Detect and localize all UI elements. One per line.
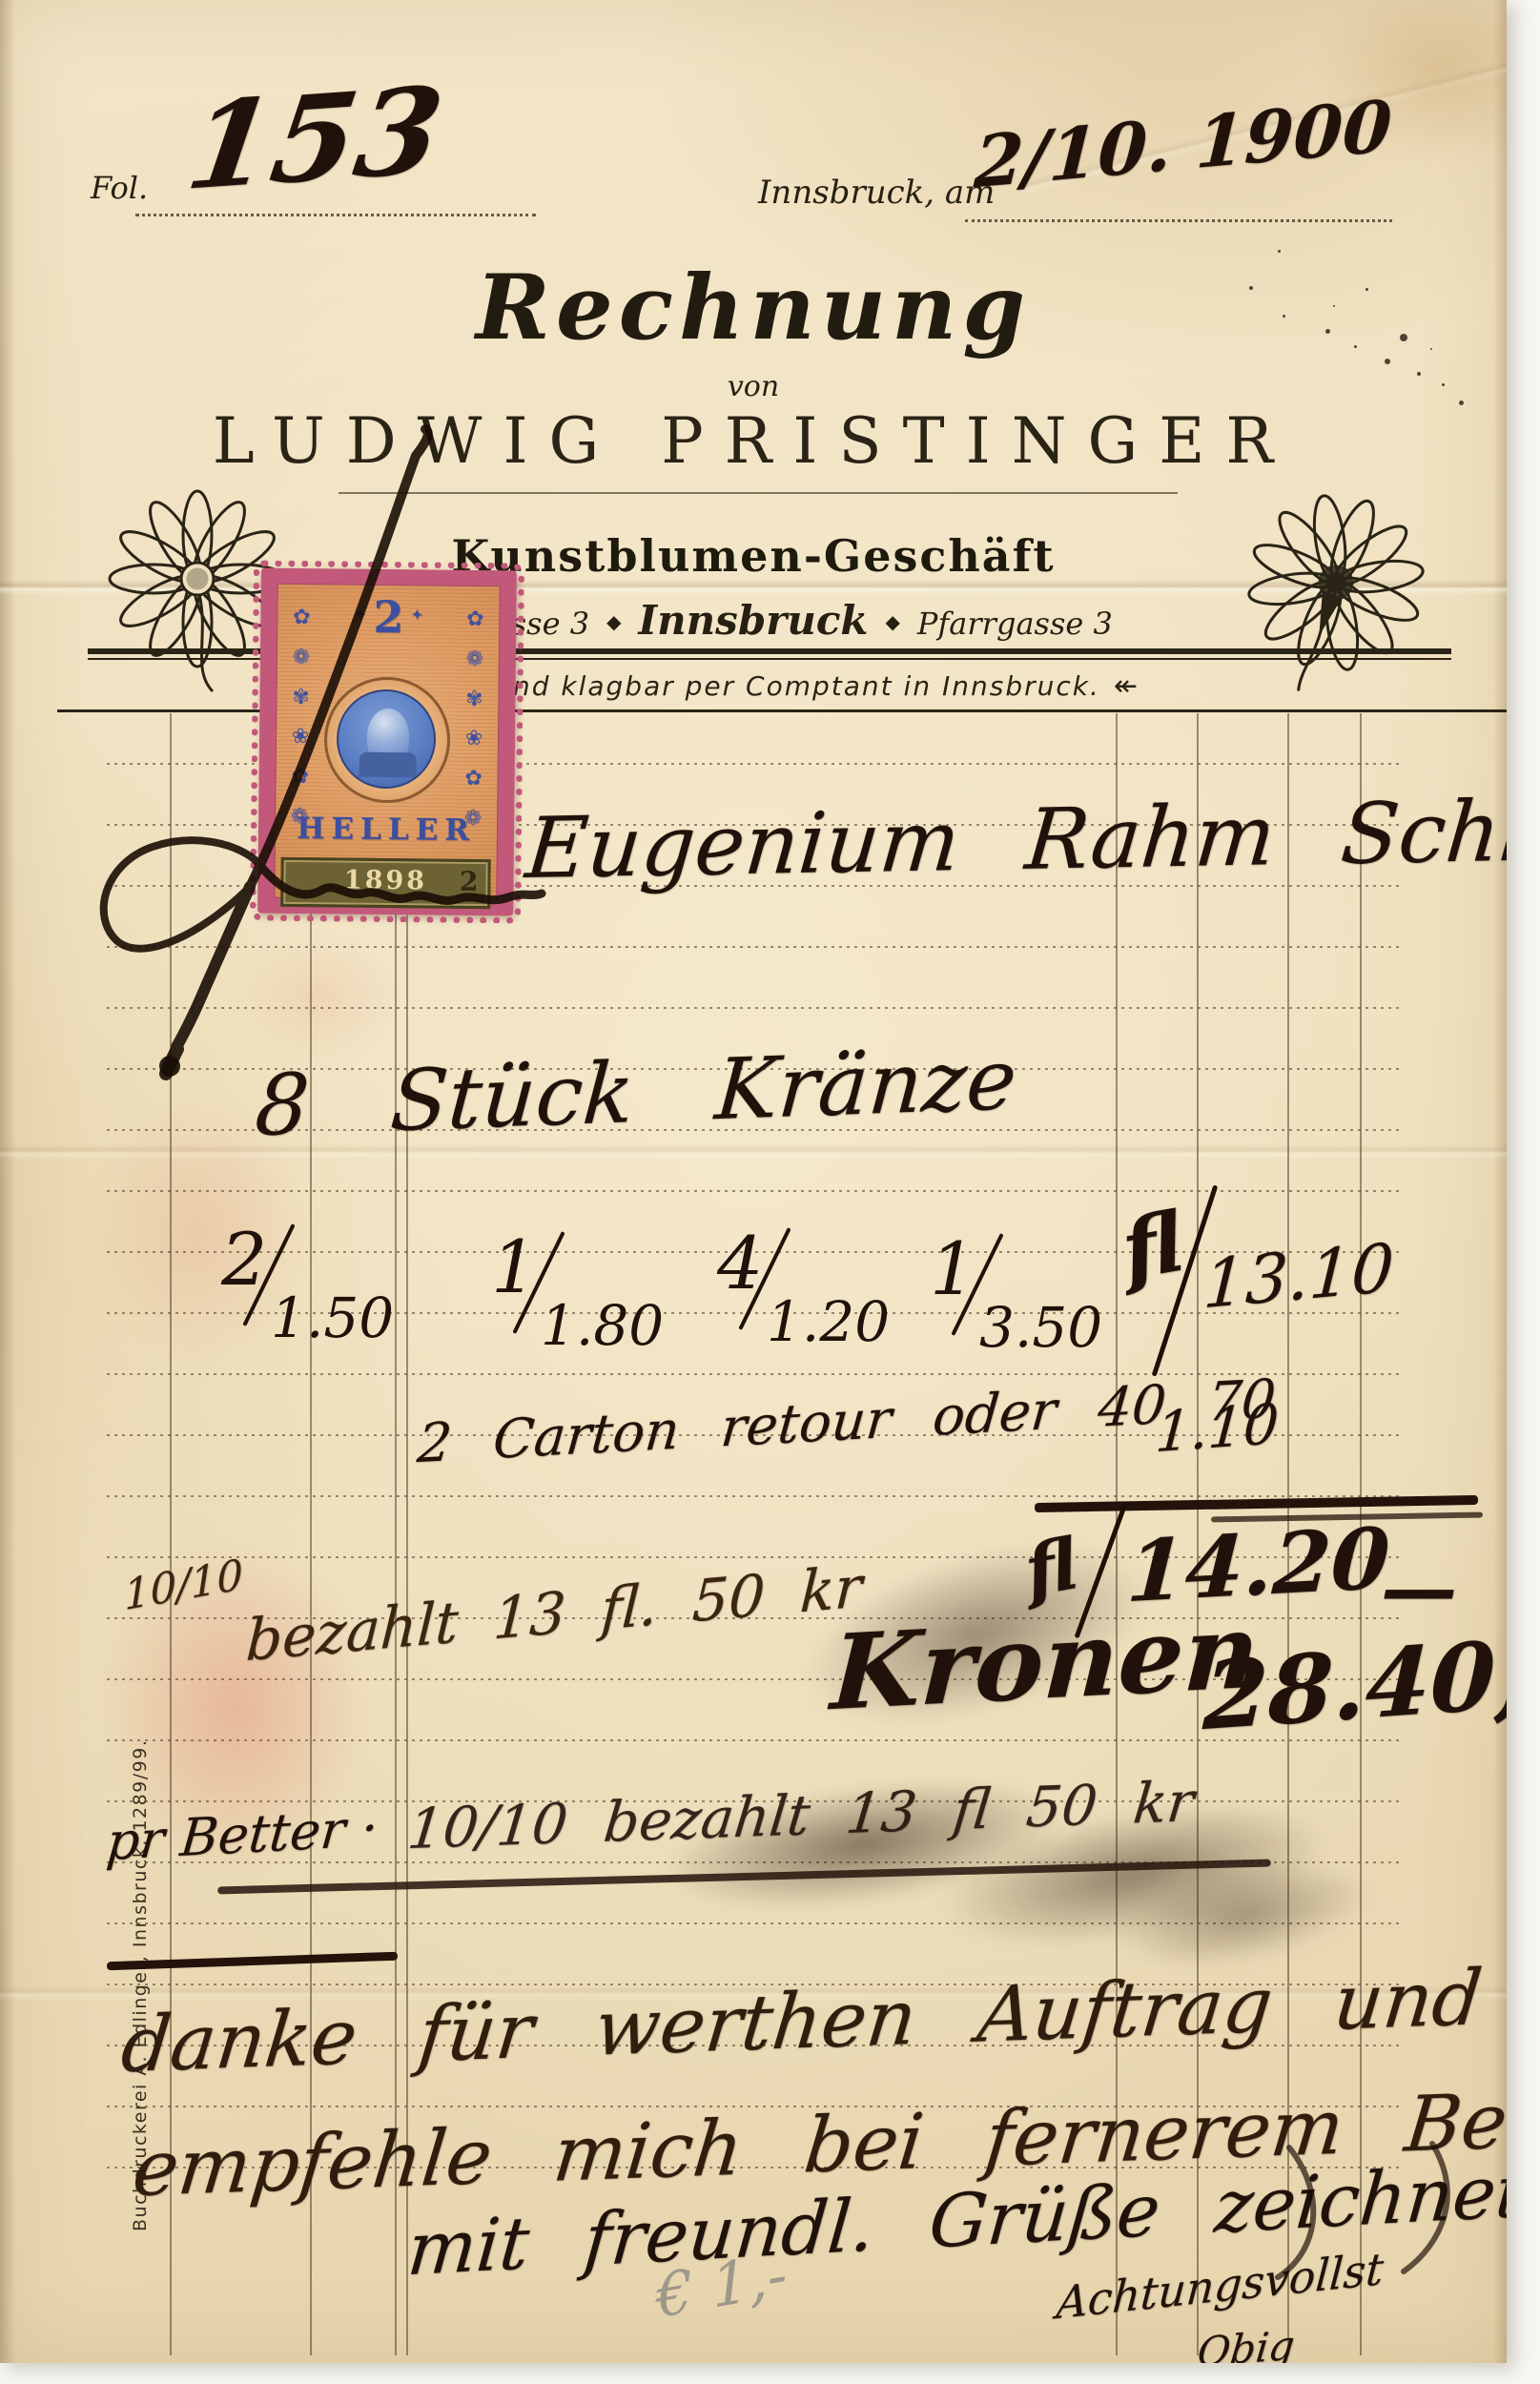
- item-description: 8 Stück Kränze: [252, 1030, 1019, 1155]
- ledger-dotted-line: [107, 1495, 1404, 1497]
- stamp-unit: HELLER: [276, 812, 497, 848]
- signoff: Achtungsvollst: [1055, 2243, 1386, 2330]
- stamp-bottom-band: 1898 2: [280, 857, 491, 909]
- grand-total-number: 28.40: [1201, 1621, 1497, 1752]
- ledger-dotted-line: [107, 1007, 1404, 1009]
- second-line-text: 2 Carton retour oder 40 70: [415, 1368, 1278, 1476]
- unit-price-2: 1 1.80: [491, 1230, 682, 1383]
- price: 1.80: [541, 1293, 664, 1358]
- subtotal-overline: [1035, 1495, 1478, 1512]
- folio-number-handwritten: 153: [179, 61, 451, 217]
- ledger-dotted-line: [107, 1190, 1404, 1192]
- pink-offset-stain: [238, 935, 400, 1058]
- date-handwritten: 2/10. 1900: [973, 85, 1394, 204]
- place-date-label: Innsbruck, am: [758, 174, 995, 212]
- daisy-flower-right-icon: [1226, 492, 1446, 697]
- stamp-value-text: 2: [373, 591, 404, 643]
- arrow-ornament-icon: ↞: [1100, 669, 1140, 703]
- ledger-vertical-line: [310, 713, 312, 2355]
- stamp-corner-value: 2: [460, 866, 479, 897]
- recipient-name: Eugenium Rahm Schlitters.: [522, 777, 1507, 897]
- diamond-ornament-icon: ◆: [589, 610, 638, 633]
- price: 1.50: [271, 1285, 394, 1350]
- diamond-ornament-icon: ◆: [869, 610, 917, 633]
- address-right: Pfarrgasse 3: [917, 606, 1113, 642]
- invoice-sheet: Fol. Innsbruck, am Rechnung von LUDWIG P…: [0, 0, 1507, 2363]
- city-name: Innsbruck: [638, 597, 868, 644]
- medallion-disc: [336, 688, 436, 789]
- von-label: von: [0, 370, 1507, 403]
- diamond-icon: ✦: [347, 607, 374, 623]
- unit-price-1: 2 1.50: [221, 1223, 412, 1375]
- merchant-underline: [339, 492, 1178, 494]
- ledger-vertical-line: [395, 713, 397, 2355]
- ledger-dotted-line: [107, 946, 1404, 948]
- row-total-currency: fl: [1115, 1194, 1190, 1299]
- diamond-icon: ✦: [403, 607, 430, 623]
- row-total-value: 13.10: [1201, 1228, 1396, 1324]
- closing-line-1: danke für werthen Auftrag und: [117, 1953, 1486, 2089]
- subtotal-dash: —: [1381, 1543, 1457, 1633]
- ink-spatter-dot: [1278, 250, 1281, 253]
- stamp-inner-panel: ✦2✦ ✿ ❁ ✾ ❀ ✿ ❁ ✿ ❁ ✾ ❀ ✿ ❁ HELLER 1898 …: [274, 584, 500, 900]
- grand-total-label: Kronen: [829, 1591, 1263, 1734]
- ledger-vertical-line: [170, 713, 172, 2355]
- stamp-medallion: [323, 676, 450, 803]
- paid-note: bezahlt 13 fl. 50 kr: [244, 1553, 864, 1675]
- document-title: Rechnung: [0, 256, 1507, 360]
- date-leader-line: [965, 219, 1392, 222]
- price: 1.20: [767, 1289, 890, 1354]
- price: 3.50: [979, 1295, 1102, 1360]
- revenue-stamp: ✦2✦ ✿ ❁ ✾ ❀ ✿ ❁ ✿ ❁ ✾ ❀ ✿ ❁ HELLER 1898 …: [257, 568, 517, 916]
- unit-price-4: 1 3.50: [930, 1232, 1120, 1385]
- photograph: Fol. Innsbruck, am Rechnung von LUDWIG P…: [0, 0, 1540, 2384]
- stamp-year: 1898: [344, 866, 427, 896]
- signature: Obig: [1195, 2322, 1297, 2363]
- ledger-vertical-line: [406, 713, 408, 2355]
- emperor-bust-icon: [367, 709, 410, 764]
- second-line-amount: 1.10: [1154, 1391, 1282, 1466]
- folio-label: Fol.: [91, 170, 148, 206]
- merchant-name: LUDWIG PRISTINGER: [0, 404, 1507, 478]
- unit-price-3: 4 1.20: [717, 1226, 908, 1379]
